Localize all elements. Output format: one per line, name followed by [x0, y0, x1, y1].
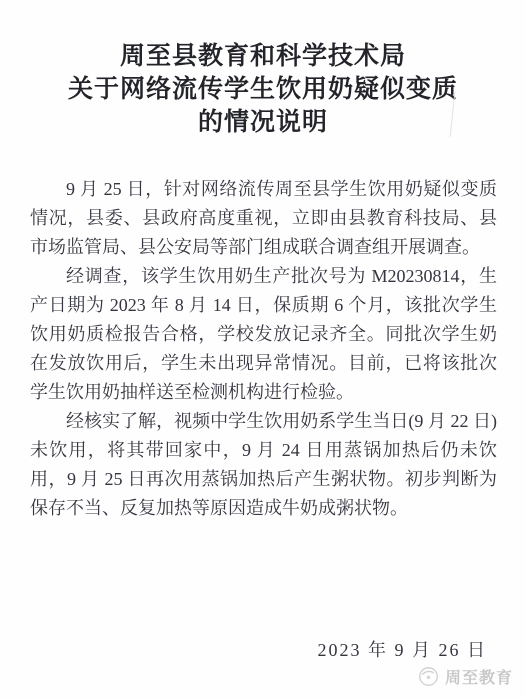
zhouzhi-education-logo-icon: [418, 666, 439, 687]
title-line-3: 的情况说明: [0, 106, 526, 139]
document-body: 9 月 25 日，针对网络流传周至县学生饮用奶疑似变质情况，县委、县政府高度重视…: [30, 175, 497, 523]
paragraph-cause-conclusion: 经核实了解，视频中学生饮用奶系学生当日(9 月 22 日)未饮用，将其带回家中，…: [30, 407, 497, 523]
document-date: 2023 年 9 月 26 日: [318, 636, 488, 662]
paragraph-investigation-launch: 9 月 25 日，针对网络流传周至县学生饮用奶疑似变质情况，县委、县政府高度重视…: [30, 175, 497, 262]
document-title: 周至县教育和科学技术局 关于网络流传学生饮用奶疑似变质 的情况说明: [0, 40, 526, 139]
watermark-label: 周至教育: [445, 665, 513, 688]
title-line-2: 关于网络流传学生饮用奶疑似变质: [0, 73, 526, 106]
paragraph-batch-findings: 经调查，该学生饮用奶生产批次号为 M20230814，生产日期为 2023 年 …: [30, 262, 497, 407]
watermark: 周至教育: [418, 665, 513, 688]
title-line-1: 周至县教育和科学技术局: [0, 40, 526, 73]
document-page: 周至县教育和科学技术局 关于网络流传学生饮用奶疑似变质 的情况说明 9 月 25…: [0, 0, 526, 699]
